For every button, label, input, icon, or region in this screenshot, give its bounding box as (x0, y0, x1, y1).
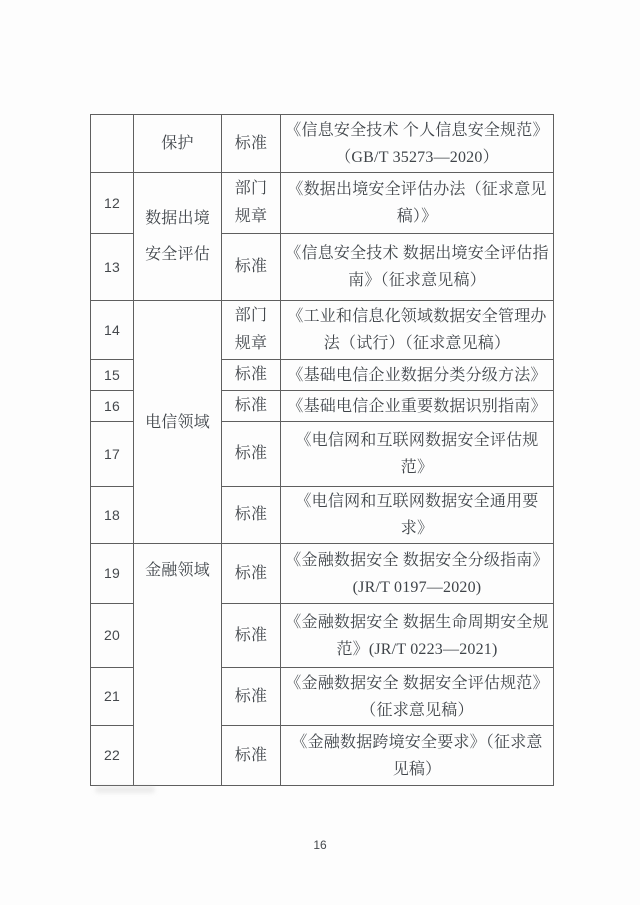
title-cell: 《金融数据跨境安全要求》（征求意见稿） (281, 726, 554, 786)
type-cell: 部门规章 (222, 301, 281, 360)
row-number-cell: 21 (91, 668, 134, 726)
row-number-cell: 20 (91, 604, 134, 668)
row-number-cell: 12 (91, 173, 134, 234)
row-number-cell: 13 (91, 234, 134, 301)
type-cell: 标准 (222, 668, 281, 726)
type-cell: 部门规章 (222, 173, 281, 234)
row-number-cell: 16 (91, 391, 134, 422)
title-cell: 《工业和信息化领域数据安全管理办法（试行）（征求意见稿） (281, 301, 554, 360)
title-cell: 《信息安全技术 个人信息安全规范》（GB/T 35273—2020） (281, 115, 554, 173)
standards-table: 保护 标准 《信息安全技术 个人信息安全规范》（GB/T 35273—2020）… (90, 114, 554, 786)
category-cell: 金融领域 (134, 544, 222, 786)
type-cell: 标准 (222, 360, 281, 391)
type-cell: 标准 (222, 391, 281, 422)
row-number-cell: 19 (91, 544, 134, 604)
row-number-cell: 18 (91, 487, 134, 544)
category-cell: 电信领域 (134, 301, 222, 544)
type-cell: 标准 (222, 544, 281, 604)
title-cell: 《电信网和互联网数据安全通用要求》 (281, 487, 554, 544)
category-cell: 保护 (134, 115, 222, 173)
table-row: 保护 标准 《信息安全技术 个人信息安全规范》（GB/T 35273—2020） (91, 115, 554, 173)
type-cell: 标准 (222, 422, 281, 487)
type-cell: 标准 (222, 487, 281, 544)
row-number-cell: 15 (91, 360, 134, 391)
table-row: 19 金融领域 标准 《金融数据安全 数据安全分级指南》(JR/T 0197—2… (91, 544, 554, 604)
row-number-cell: 14 (91, 301, 134, 360)
title-cell: 《信息安全技术 数据出境安全评估指南》（征求意见稿） (281, 234, 554, 301)
page-number: 16 (0, 838, 640, 852)
title-cell: 《数据出境安全评估办法（征求意见稿）》 (281, 173, 554, 234)
title-cell: 《金融数据安全 数据生命周期安全规范》(JR/T 0223—2021) (281, 604, 554, 668)
type-cell: 标准 (222, 234, 281, 301)
title-cell: 《电信网和互联网数据安全评估规范》 (281, 422, 554, 487)
title-cell: 《基础电信企业数据分类分级方法》 (281, 360, 554, 391)
type-cell: 标准 (222, 604, 281, 668)
scan-smudge-artifact (95, 786, 155, 793)
table-row: 12 数据出境安全评估 部门规章 《数据出境安全评估办法（征求意见稿）》 (91, 173, 554, 234)
title-cell: 《金融数据安全 数据安全评估规范》（征求意见稿） (281, 668, 554, 726)
row-number-cell: 17 (91, 422, 134, 487)
table-row: 14 电信领域 部门规章 《工业和信息化领域数据安全管理办法（试行）（征求意见稿… (91, 301, 554, 360)
row-number-cell: 22 (91, 726, 134, 786)
title-cell: 《基础电信企业重要数据识别指南》 (281, 391, 554, 422)
row-number-cell (91, 115, 134, 173)
title-cell: 《金融数据安全 数据安全分级指南》(JR/T 0197—2020) (281, 544, 554, 604)
type-cell: 标准 (222, 115, 281, 173)
type-cell: 标准 (222, 726, 281, 786)
category-cell: 数据出境安全评估 (134, 173, 222, 301)
